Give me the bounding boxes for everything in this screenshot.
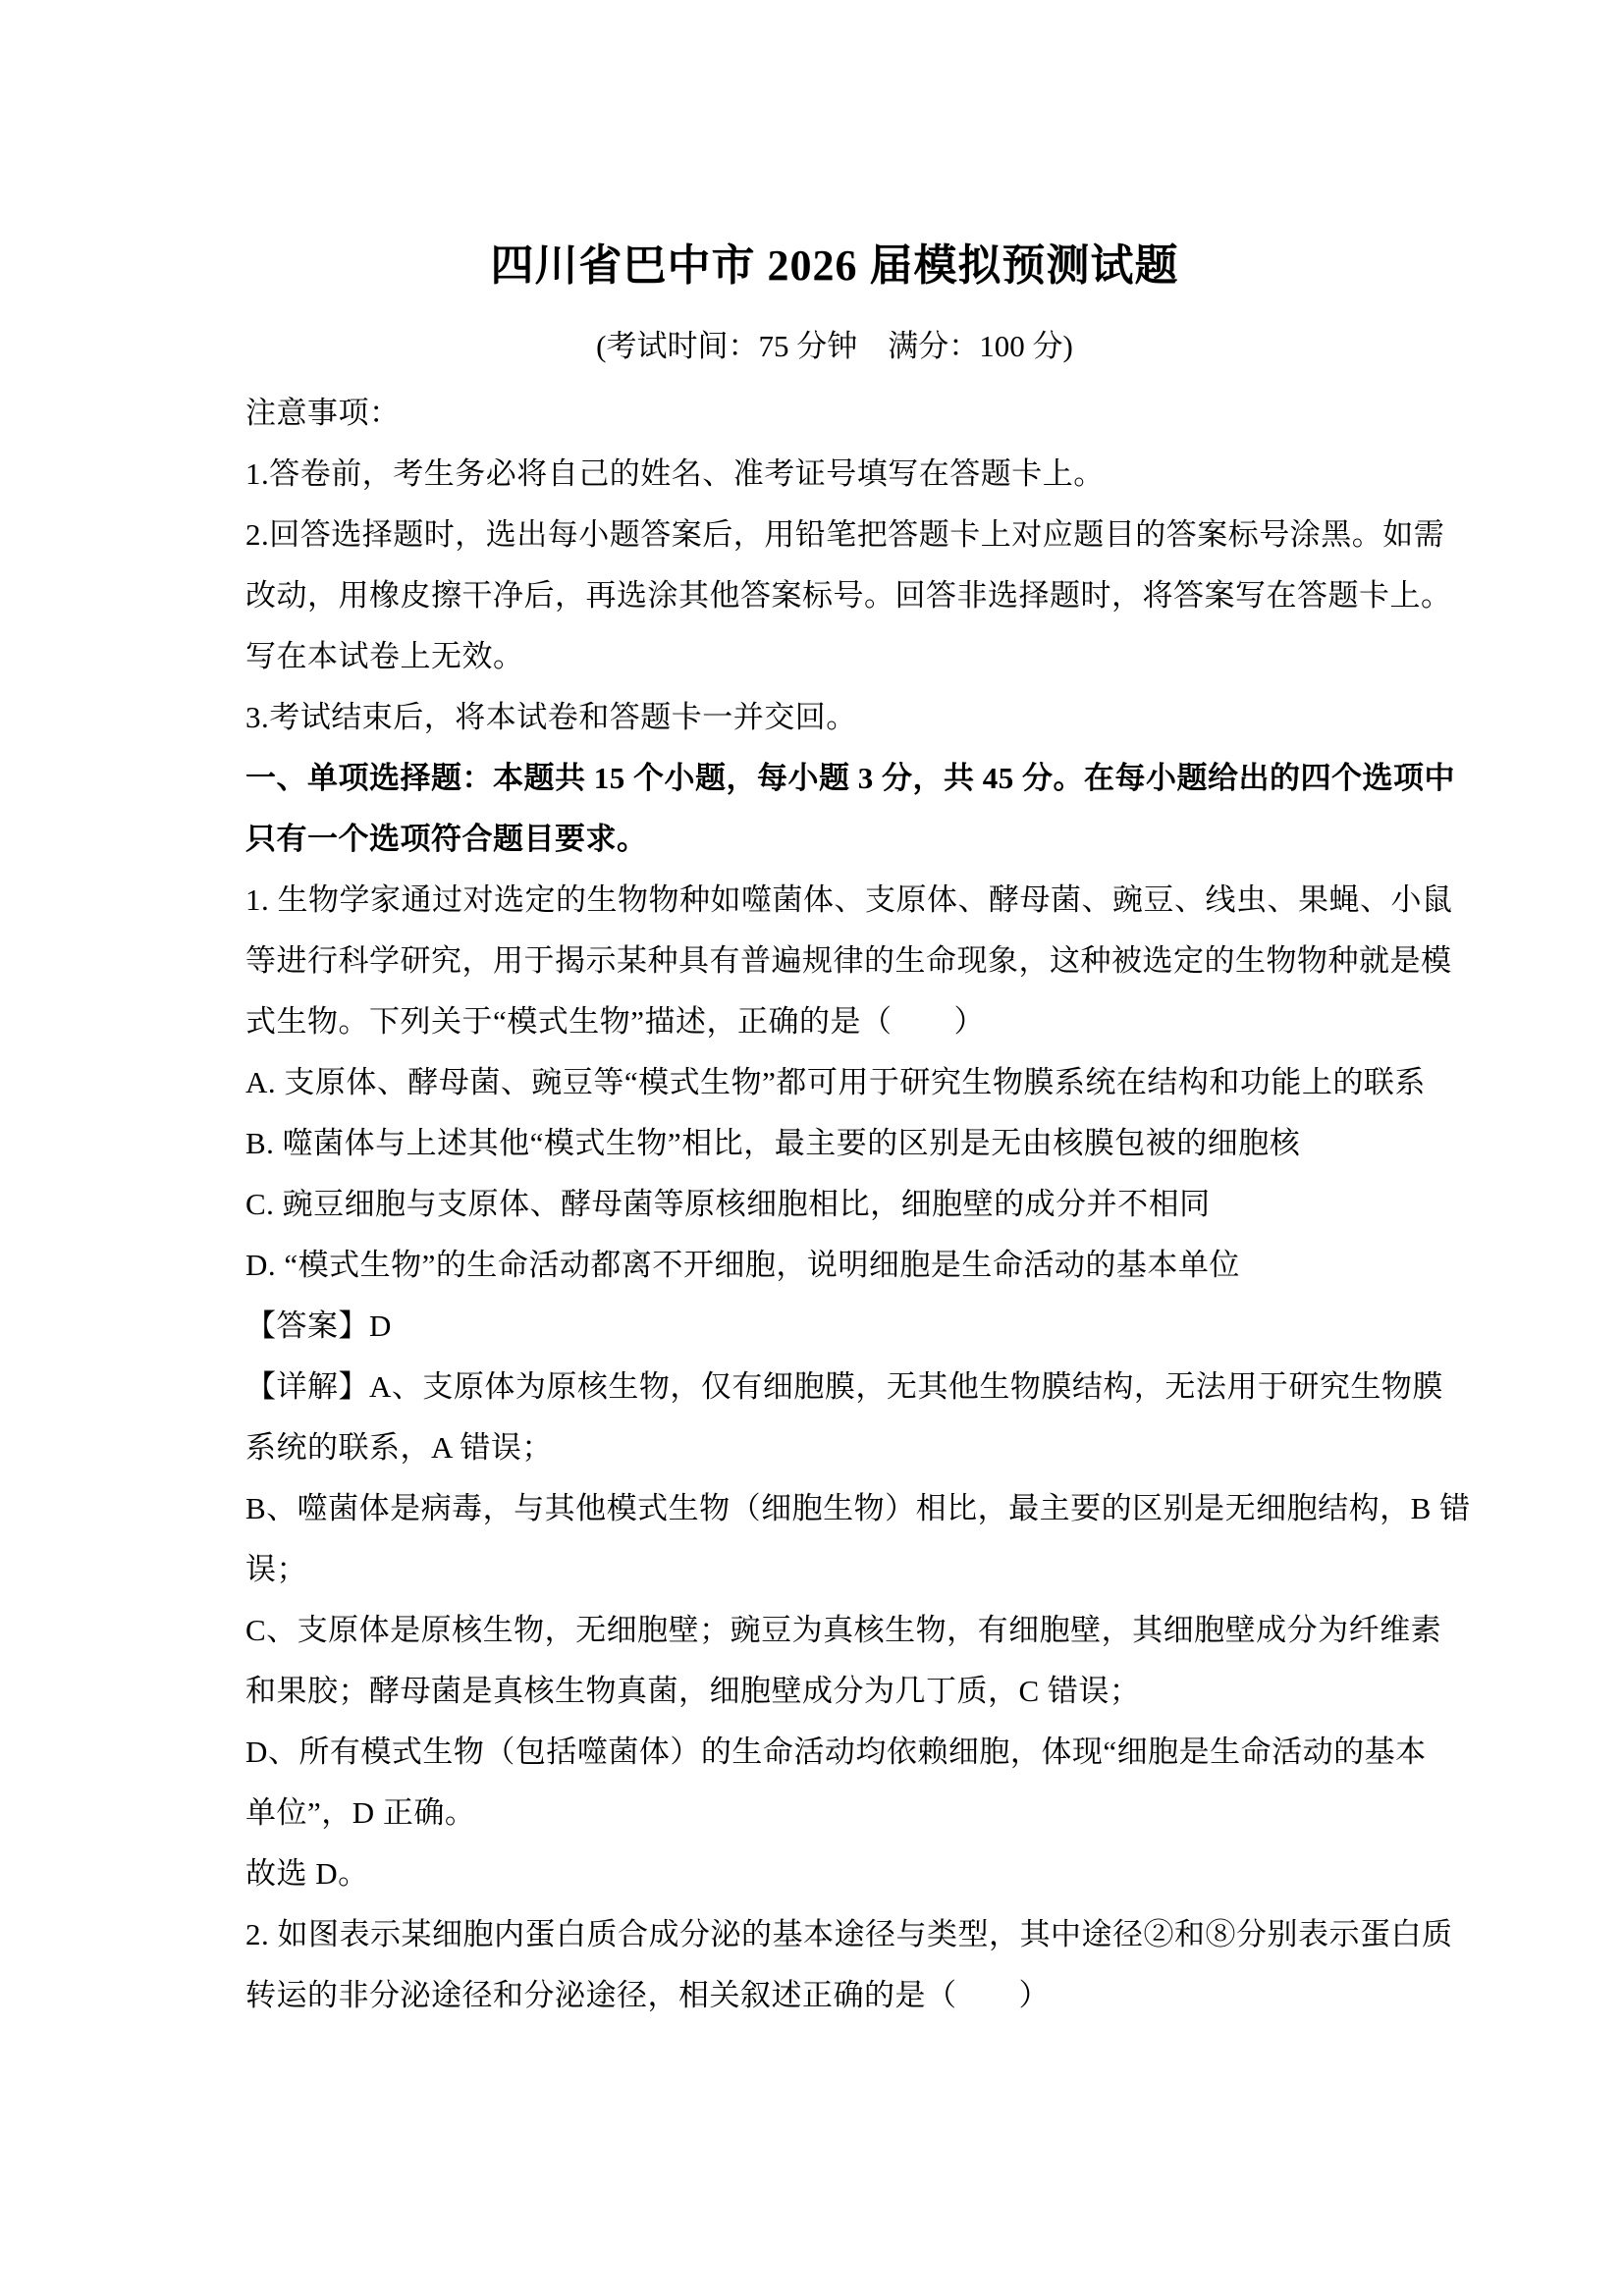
- text-line: 系统的联系，A 错误；: [245, 1417, 1424, 1478]
- text-line: 误；: [245, 1539, 1424, 1600]
- text-line: 一、单项选择题：本题共 15 个小题，每小题 3 分，共 45 分。在每小题给出…: [245, 748, 1424, 809]
- text-line: 等进行科学研究，用于揭示某种具有普遍规律的生命现象，这种被选定的生物物种就是模: [245, 931, 1424, 991]
- text-line: D、所有模式生物（包括噬菌体）的生命活动均依赖细胞，体现“细胞是生命活动的基本: [245, 1722, 1424, 1783]
- text-line: 只有一个选项符合题目要求。: [245, 809, 1424, 870]
- exam-paper-page: 四川省巴中市 2026 届模拟预测试题 (考试时间：75 分钟 满分：100 分…: [0, 0, 1624, 2296]
- text-line: 2. 如图表示某细胞内蛋白质合成分泌的基本途径与类型，其中途径②和⑧分别表示蛋白…: [245, 1904, 1424, 1965]
- text-line: B、噬菌体是病毒，与其他模式生物（细胞生物）相比，最主要的区别是无细胞结构，B …: [245, 1478, 1424, 1539]
- text-line: A. 支原体、酵母菌、豌豆等“模式生物”都可用于研究生物膜系统在结构和功能上的联…: [245, 1052, 1424, 1113]
- page-title: 四川省巴中市 2026 届模拟预测试题: [245, 234, 1424, 298]
- text-line: 1.答卷前，考生务必将自己的姓名、准考证号填写在答题卡上。: [245, 444, 1424, 505]
- text-line: 写在本试卷上无效。: [245, 626, 1424, 687]
- text-line: 式生物。下列关于“模式生物”描述，正确的是（ ）: [245, 991, 1424, 1052]
- text-line: C. 豌豆细胞与支原体、酵母菌等原核细胞相比，细胞壁的成分并不相同: [245, 1174, 1424, 1235]
- text-line: C、支原体是原核生物，无细胞壁；豌豆为真核生物，有细胞壁，其细胞壁成分为纤维素: [245, 1600, 1424, 1661]
- document-body: 注意事项：1.答卷前，考生务必将自己的姓名、准考证号填写在答题卡上。2.回答选择…: [245, 383, 1424, 2026]
- text-line: 2.回答选择题时，选出每小题答案后，用铅笔把答题卡上对应题目的答案标号涂黑。如需: [245, 505, 1424, 565]
- text-line: 故选 D。: [245, 1843, 1424, 1904]
- text-line: 【答案】D: [245, 1296, 1424, 1357]
- text-line: 改动，用橡皮擦干净后，再选涂其他答案标号。回答非选择题时，将答案写在答题卡上。: [245, 565, 1424, 626]
- text-line: 【详解】A、支原体为原核生物，仅有细胞膜，无其他生物膜结构，无法用于研究生物膜: [245, 1357, 1424, 1417]
- text-line: 转运的非分泌途径和分泌途径，相关叙述正确的是（ ）: [245, 1965, 1424, 2026]
- text-line: 1. 生物学家通过对选定的生物物种如噬菌体、支原体、酵母菌、豌豆、线虫、果蝇、小…: [245, 870, 1424, 931]
- text-line: 单位”，D 正确。: [245, 1783, 1424, 1843]
- text-line: B. 噬菌体与上述其他“模式生物”相比，最主要的区别是无由核膜包被的细胞核: [245, 1113, 1424, 1174]
- text-line: 3.考试结束后，将本试卷和答题卡一并交回。: [245, 687, 1424, 748]
- exam-time-score-info: (考试时间：75 分钟 满分：100 分): [245, 316, 1424, 377]
- text-line: D. “模式生物”的生命活动都离不开细胞，说明细胞是生命活动的基本单位: [245, 1235, 1424, 1296]
- text-line: 注意事项：: [245, 383, 1424, 444]
- text-line: 和果胶；酵母菌是真核生物真菌，细胞壁成分为几丁质，C 错误；: [245, 1661, 1424, 1722]
